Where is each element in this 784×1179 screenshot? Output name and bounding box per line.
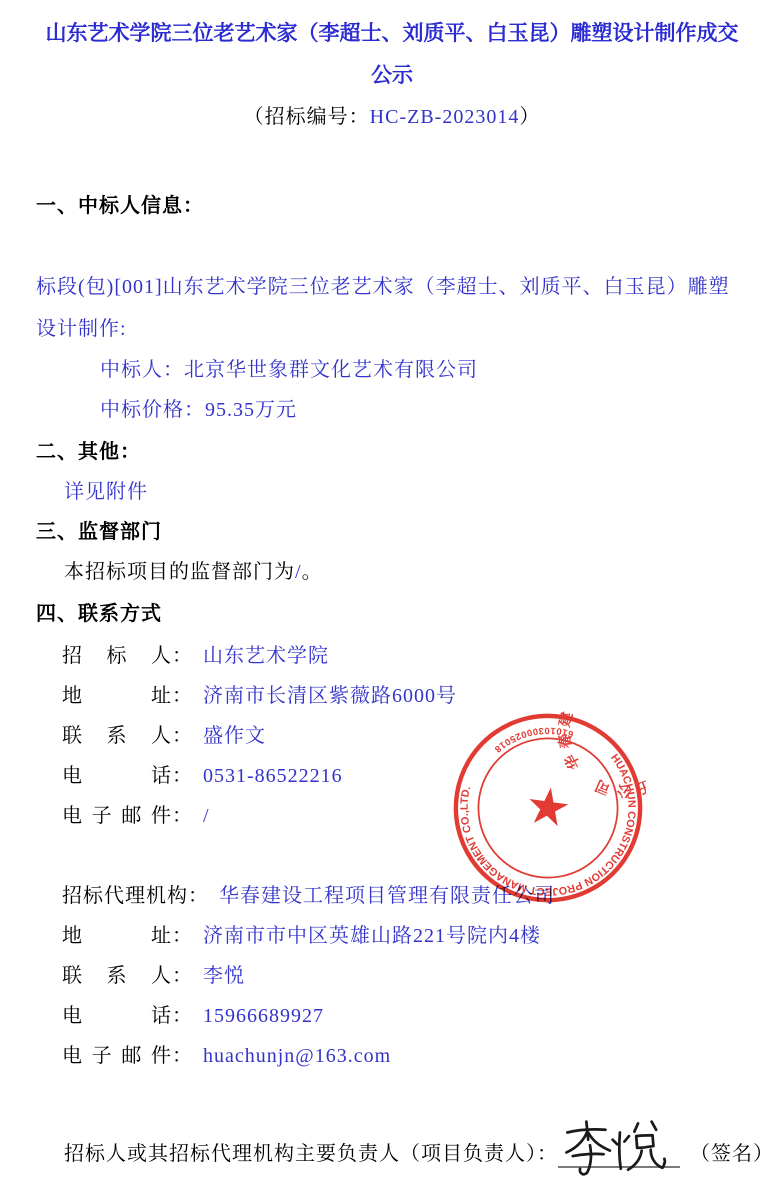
agency-email-label: 电子邮件 [62, 1036, 172, 1076]
colon: ： [172, 645, 193, 667]
contact-person-label: 联系人 [62, 716, 172, 756]
colon: ： [172, 685, 193, 707]
colon: ： [172, 1005, 193, 1027]
lot-description: 标段(包)[001]山东艺术学院三位老艺术家（李超士、刘质平、白玉昆）雕塑设计制… [36, 266, 746, 350]
colon: ： [172, 805, 193, 827]
agency-label: 招标代理机构 [62, 876, 188, 916]
colon: ： [172, 725, 193, 747]
tender-number-suffix: ） [519, 106, 540, 128]
address-label: 地址 [62, 676, 172, 716]
price-label: 中标价格： [100, 399, 205, 421]
agency-address-value: 济南市市中区英雄山路221号院内4楼 [203, 925, 541, 947]
colon: ： [188, 885, 209, 907]
agency-contact-person-row: 联系人：李悦 [62, 956, 784, 996]
supervision-period: 。 [302, 561, 323, 583]
tenderer-value: 山东艺术学院 [203, 645, 329, 667]
agency-phone-row: 电话：15966689927 [62, 996, 784, 1036]
winner-label: 中标人： [100, 359, 184, 381]
section-heading-supervision: 三、监督部门 [36, 518, 784, 546]
colon: ： [172, 1045, 193, 1067]
agency-phone-label: 电话 [62, 996, 172, 1036]
section-heading-contact: 四、联系方式 [36, 600, 784, 628]
signature-slot [558, 1126, 680, 1168]
tenderer-label: 招标人 [62, 636, 172, 676]
tenderer-contact-block: 招标人：山东艺术学院 地址：济南市长清区紫薇路6000号 联系人：盛作文 电话：… [0, 636, 784, 836]
address-value: 济南市长清区紫薇路6000号 [203, 685, 457, 707]
agency-contact-person-value: 李悦 [203, 965, 245, 987]
phone-label: 电话 [62, 756, 172, 796]
colon: ： [172, 925, 193, 947]
agency-row: 招标代理机构：华春建设工程项目管理有限责任公司 [62, 876, 784, 916]
price-value: 95.35万元 [205, 399, 297, 421]
email-row: 电子邮件：/ [62, 796, 784, 836]
signature-label: 招标人或其招标代理机构主要负责人（项目负责人）： [64, 1143, 558, 1165]
winner-value: 北京华世象群文化艺术有限公司 [184, 359, 478, 381]
agency-address-row: 地址：济南市市中区英雄山路221号院内4楼 [62, 916, 784, 956]
agency-contact-block: 招标代理机构：华春建设工程项目管理有限责任公司 地址：济南市市中区英雄山路221… [0, 876, 784, 1076]
page-title: 山东艺术学院三位老艺术家（李超士、刘质平、白玉昆）雕塑设计制作成交公示 [40, 12, 744, 96]
agency-contact-person-label: 联系人 [62, 956, 172, 996]
agency-address-label: 地址 [62, 916, 172, 956]
tender-number-prefix: （招标编号： [244, 106, 370, 128]
signature-suffix: （签名） [690, 1143, 774, 1165]
email-label: 电子邮件 [62, 796, 172, 836]
supervision-body: 本招标项目的监督部门为/。 [64, 552, 784, 592]
supervision-text: 本招标项目的监督部门为 [64, 561, 295, 583]
agency-email-value: huachunjn@163.com [203, 1045, 391, 1067]
colon: ： [172, 765, 193, 787]
colon: ： [172, 965, 193, 987]
section-heading-other: 二、其他： [36, 438, 784, 466]
email-value: / [203, 805, 210, 827]
section-heading-winner: 一、中标人信息： [36, 192, 784, 220]
winner-price-row: 中标价格：95.35万元 [100, 390, 784, 430]
tenderer-row: 招标人：山东艺术学院 [62, 636, 784, 676]
phone-row: 电话：0531-86522216 [62, 756, 784, 796]
contact-person-row: 联系人：盛作文 [62, 716, 784, 756]
signature-line: 招标人或其招标代理机构主要负责人（项目负责人）： （签名） [64, 1126, 774, 1168]
signature-handwriting [558, 1118, 680, 1176]
agency-email-row: 电子邮件：huachunjn@163.com [62, 1036, 784, 1076]
announcement-page: 山东艺术学院三位老艺术家（李超士、刘质平、白玉昆）雕塑设计制作成交公示 （招标编… [0, 0, 784, 1179]
address-row: 地址：济南市长清区紫薇路6000号 [62, 676, 784, 716]
contact-person-value: 盛作文 [203, 725, 266, 747]
tender-number-code: HC-ZB-2023014 [370, 106, 520, 128]
winner-name-row: 中标人：北京华世象群文化艺术有限公司 [100, 350, 784, 390]
tender-number-line: （招标编号：HC-ZB-2023014） [0, 104, 784, 130]
phone-value: 0531-86522216 [203, 765, 343, 787]
attachment-note: 详见附件 [64, 472, 784, 512]
agency-phone-value: 15966689927 [203, 1005, 324, 1027]
agency-value: 华春建设工程项目管理有限责任公司 [219, 885, 555, 907]
